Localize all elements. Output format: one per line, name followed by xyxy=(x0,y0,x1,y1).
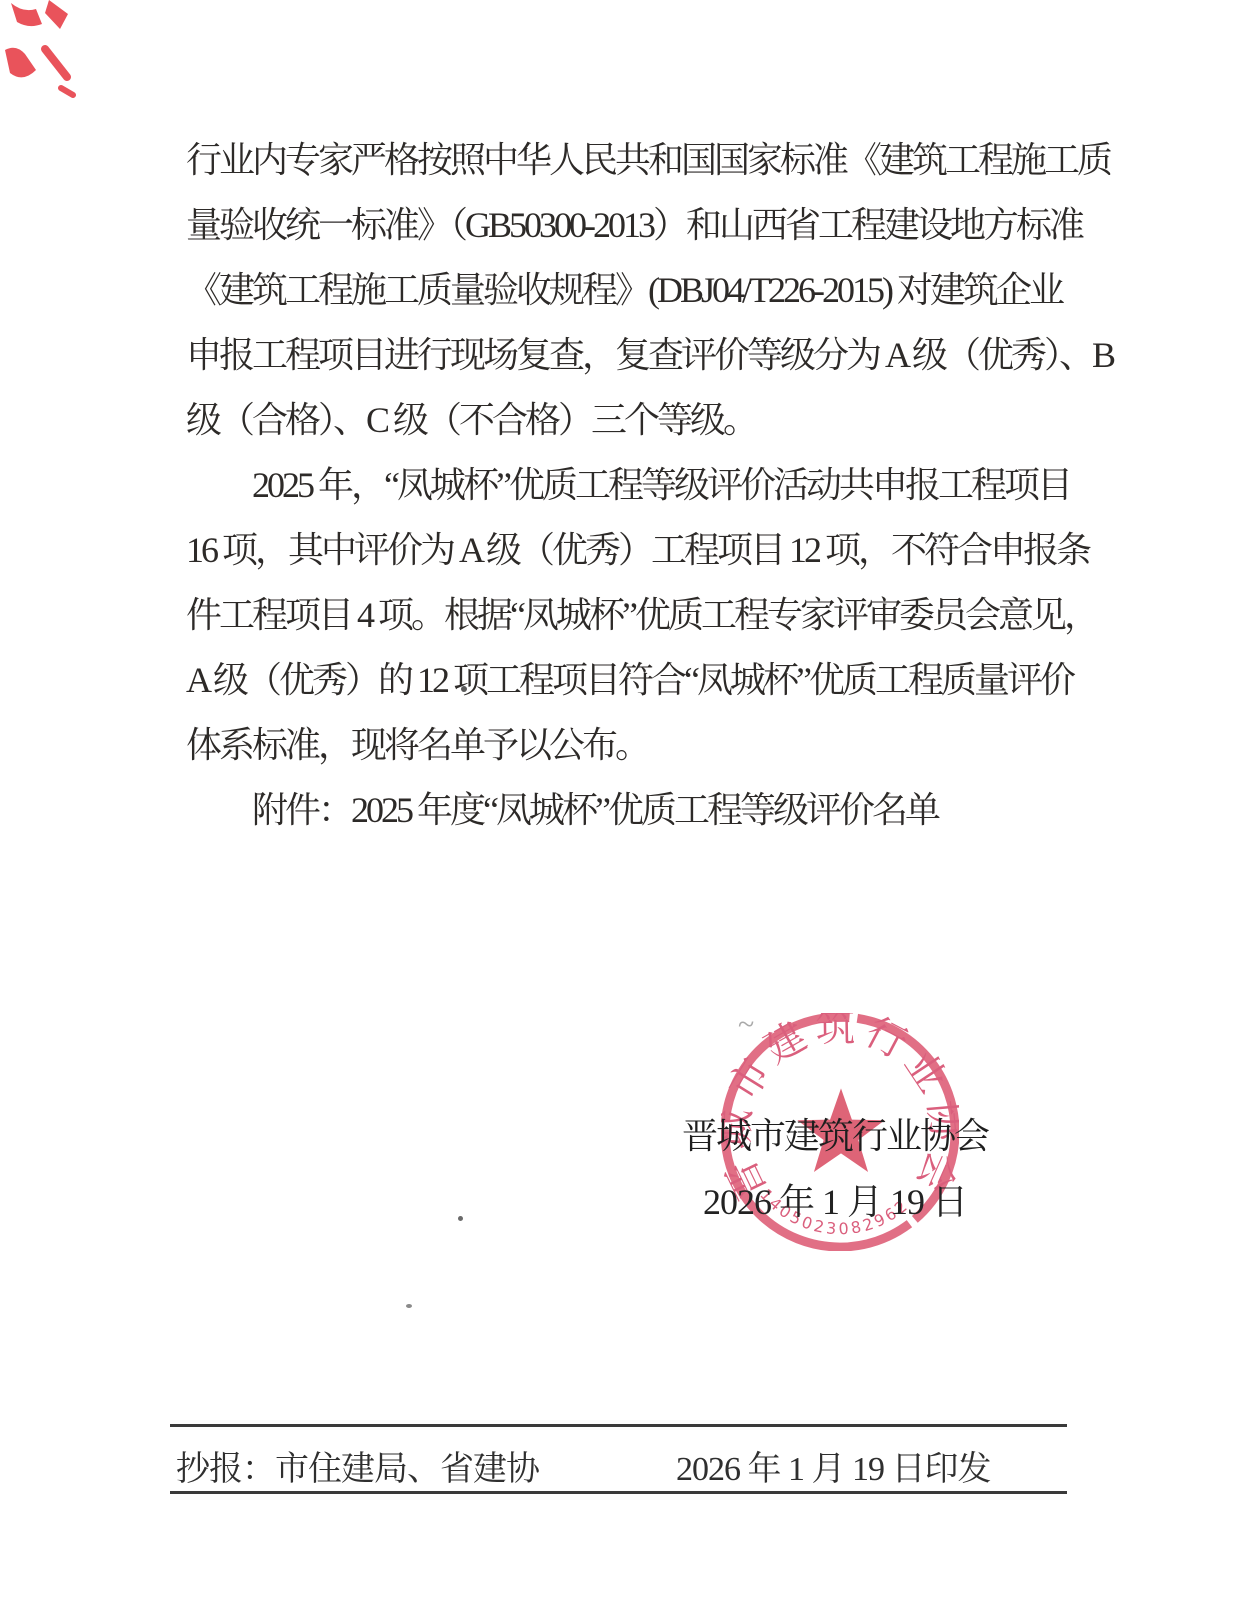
body-text-line: 量验收统一标准》（GB50300-2013）和山西省工程建设地方标准 xyxy=(186,193,1126,258)
body-text-line: 体系标准，现将名单予以公布。 xyxy=(186,713,1126,778)
footer-rule-bottom xyxy=(170,1491,1067,1494)
footer-print-date: 2026 年 1 月 19 日印发 xyxy=(676,1441,991,1490)
attachment-line: 附件：2025 年度“凤城杯”优质工程等级评价名单 xyxy=(186,778,1126,843)
issue-date: 2026 年 1 月 19 日 xyxy=(659,1174,1011,1225)
body-text-line: 16 项，其中评价为 A 级（优秀）工程项目 12 项，不符合申报条 xyxy=(186,518,1126,583)
body-text-line: A 级（优秀）的 12 项工程项目符合“凤城杯”优质工程质量评价 xyxy=(186,648,1126,713)
body-text-line: 件工程项目 4 项。根据“凤城杯”优质工程专家评审委员会意见， xyxy=(186,583,1126,648)
body-text-line: 2025 年，“凤城杯”优质工程等级评价活动共申报工程项目 xyxy=(186,453,1126,518)
scan-speck xyxy=(458,1216,463,1221)
red-ink-corner-marks xyxy=(3,0,83,100)
organization-name: 晋城市建筑行业协会 xyxy=(659,1108,1011,1159)
scan-speck xyxy=(406,1304,412,1308)
body-text-line: 级（合格）、C 级（不合格）三个等级。 xyxy=(186,388,1126,453)
footer-copy-to: 抄报：市住建局、省建协 xyxy=(176,1441,539,1490)
body-text-line: 申报工程项目进行现场复查，复查评价等级分为 A 级（优秀）、B xyxy=(186,323,1126,388)
scanned-document-page: 行业内专家严格按照中华人民共和国国家标准《建筑工程施工质 量验收统一标准》（GB… xyxy=(0,0,1243,1619)
footer-rule-top xyxy=(170,1424,1067,1427)
scan-speck xyxy=(461,686,467,692)
document-body: 行业内专家严格按照中华人民共和国国家标准《建筑工程施工质 量验收统一标准》（GB… xyxy=(186,128,1126,843)
body-text-line: 行业内专家严格按照中华人民共和国国家标准《建筑工程施工质 xyxy=(186,128,1126,193)
body-text-line: 《建筑工程施工质量验收规程》(DBJ04/T226-2015) 对建筑企业 xyxy=(186,258,1126,323)
